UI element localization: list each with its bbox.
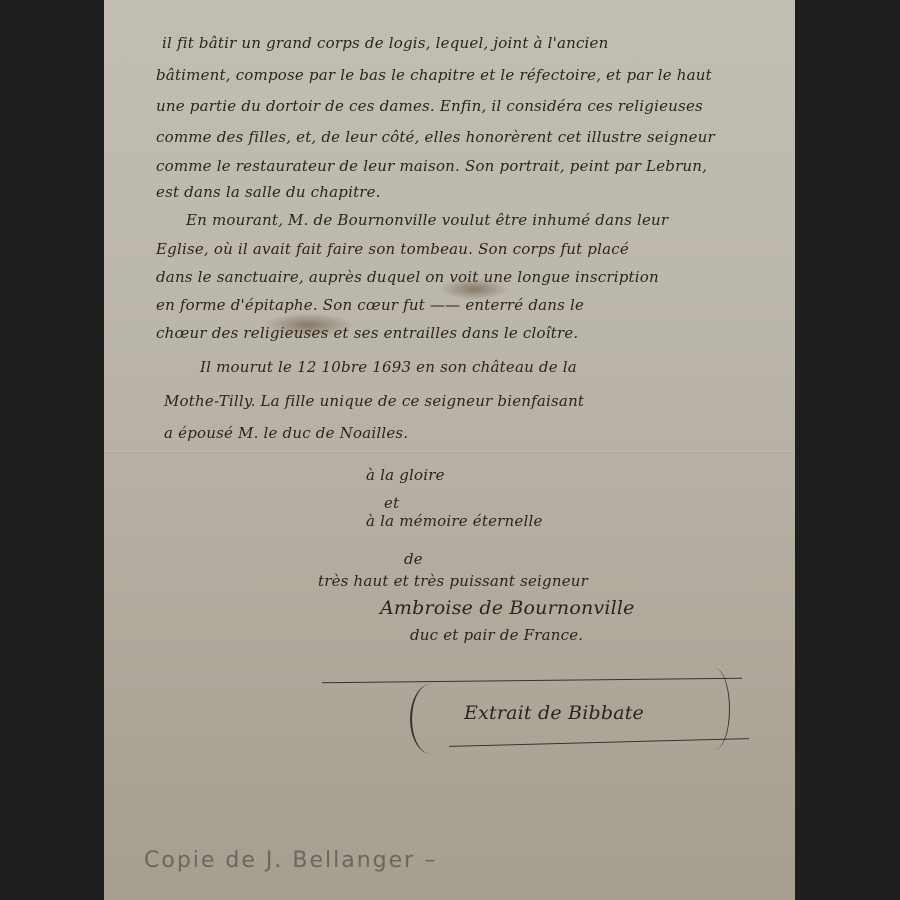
epitaph-line: de: [404, 550, 423, 568]
text-line: dans le sanctuaire, auprès duquel on voi…: [156, 268, 659, 286]
text-line: en forme d'épitaphe. Son cœur fut —— ent…: [156, 296, 584, 314]
signature-left-bracket: [410, 684, 452, 754]
paper-fold-line: [104, 451, 795, 453]
text-line: bâtiment, compose par le bas le chapitre…: [156, 66, 712, 84]
letter-page: il fit bâtir un grand corps de logis, le…: [104, 0, 795, 900]
epitaph-line: et: [384, 494, 399, 512]
epitaph-line: à la mémoire éternelle: [366, 512, 543, 530]
text-line: est dans la salle du chapitre.: [156, 183, 381, 201]
signature-top-rule: [322, 678, 742, 683]
text-line: Eglise, où il avait fait faire son tombe…: [156, 240, 629, 258]
text-line: comme des filles, et, de leur côté, elle…: [156, 128, 715, 146]
epitaph-line: à la gloire: [366, 466, 445, 484]
epitaph-line-name: Ambroise de Bournonville: [380, 597, 635, 619]
text-line: Il mourut le 12 10bre 1693 en son châtea…: [200, 358, 577, 376]
pencil-annotation: Copie de J. Bellanger –: [144, 848, 437, 873]
text-line: chœur des religieuses et ses entrailles …: [156, 324, 578, 342]
signature-right-bracket: [699, 668, 730, 750]
epitaph-line: très haut et très puissant seigneur: [318, 572, 588, 590]
epitaph-line: duc et pair de France.: [410, 626, 583, 644]
text-line: En mourant, M. de Bournonville voulut êt…: [186, 211, 668, 229]
signature-text: Extrait de Bibbate: [464, 702, 644, 724]
text-line: Mothe-Tilly. La fille unique de ce seign…: [164, 392, 584, 410]
text-line: a épousé M. le duc de Noailles.: [164, 424, 408, 442]
text-line: il fit bâtir un grand corps de logis, le…: [162, 34, 608, 52]
text-line: une partie du dortoir de ces dames. Enfi…: [156, 97, 703, 115]
text-line: comme le restaurateur de leur maison. So…: [156, 157, 707, 175]
